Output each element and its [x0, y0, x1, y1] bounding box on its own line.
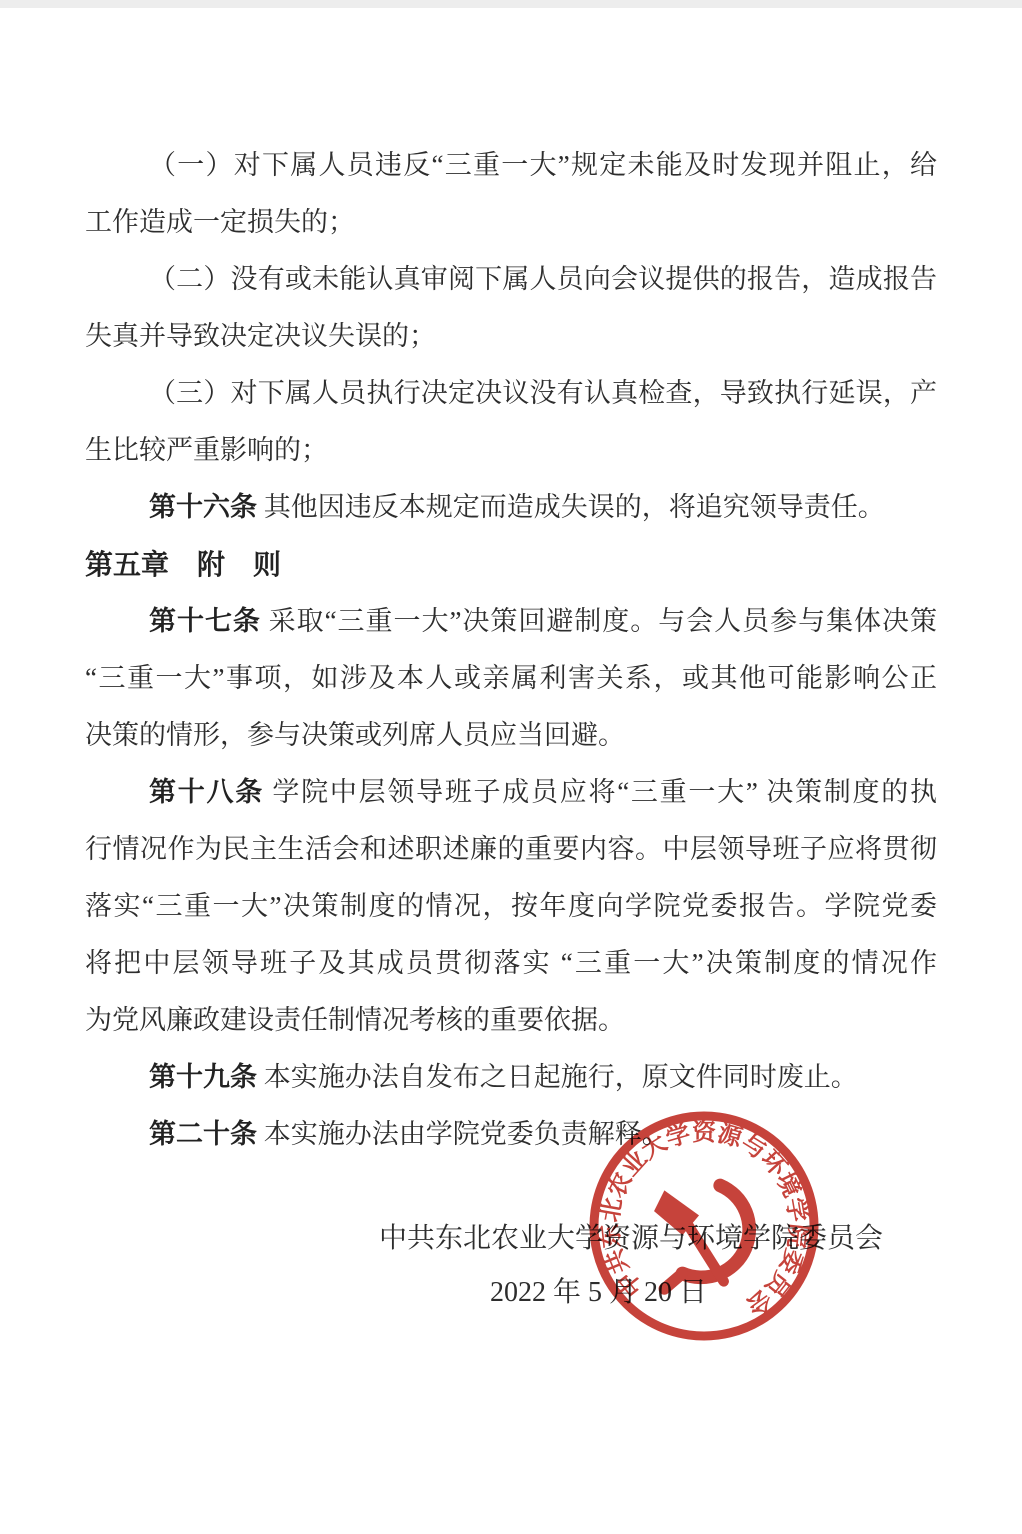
line-text: 落实“三重一大”决策制度的情况，按年度向学院党委报告。学院党委 — [85, 891, 937, 921]
line-text: 采取“三重一大”决策回避制度。与会人员参与集体决策 — [261, 606, 937, 636]
line-text: 行情况作为民主生活会和述职述廉的重要内容。中层领导班子应将贯彻 — [85, 834, 937, 864]
paragraph-line: 生比较严重影响的； — [85, 422, 937, 479]
line-text: 失真并导致决定决议失误的； — [85, 321, 436, 351]
line-text: （三）对下属人员执行决定决议没有认真检查，导致执行延误，产 — [149, 378, 937, 408]
paragraph-line: 行情况作为民主生活会和述职述廉的重要内容。中层领导班子应将贯彻 — [85, 821, 937, 878]
line-text: 学院中层领导班子成员应将“三重一大” 决策制度的执 — [264, 777, 937, 807]
line-text: 将把中层领导班子及其成员贯彻落实 “三重一大”决策制度的情况作 — [85, 948, 937, 978]
top-gray-bar — [0, 0, 1022, 8]
article-number: 第二十条 — [149, 1119, 257, 1149]
line-text: “三重一大”事项，如涉及本人或亲属利害关系，或其他可能影响公正 — [85, 663, 937, 693]
line-text: 本实施办法自发布之日起施行，原文件同时废止。 — [257, 1062, 858, 1092]
paragraph-line: 为党风廉政建设责任制情况考核的重要依据。 — [85, 992, 937, 1049]
line-text: 本实施办法由学院党委负责解释。 — [257, 1119, 669, 1149]
paragraph-line: 落实“三重一大”决策制度的情况，按年度向学院党委报告。学院党委 — [85, 878, 937, 935]
article-number: 第十九条 — [149, 1062, 257, 1092]
line-text: 工作造成一定损失的； — [85, 207, 355, 237]
paragraph-line: “三重一大”事项，如涉及本人或亲属利害关系，或其他可能影响公正 — [85, 650, 937, 707]
line-text: （一）对下属人员违反“三重一大”规定未能及时发现并阻止，给 — [149, 150, 937, 180]
article-line: 第十六条 其他因违反本规定而造成失误的，将追究领导责任。 — [85, 479, 937, 536]
paragraph-line: 失真并导致决定决议失误的； — [85, 308, 937, 365]
line-text: 决策的情形，参与决策或列席人员应当回避。 — [85, 720, 625, 750]
date-line: 2022 年 5 月 20 日 — [490, 1276, 707, 1310]
line-text: （二）没有或未能认真审阅下属人员向会议提供的报告，造成报告 — [149, 264, 937, 294]
paragraph-line: （二）没有或未能认真审阅下属人员向会议提供的报告，造成报告 — [85, 251, 937, 308]
line-text: 为党风廉政建设责任制情况考核的重要依据。 — [85, 1005, 625, 1035]
document-body: （一）对下属人员违反“三重一大”规定未能及时发现并阻止，给 工作造成一定损失的；… — [85, 137, 937, 1163]
chapter-title: 第五章 附 则 — [85, 549, 281, 580]
chapter-heading: 第五章 附 则 — [85, 536, 937, 593]
article-number: 第十八条 — [149, 777, 264, 807]
paragraph-line: 工作造成一定损失的； — [85, 194, 937, 251]
signature-line: 中共东北农业大学资源与环境学院委员会 — [379, 1222, 883, 1256]
paragraph-line: （三）对下属人员执行决定决议没有认真检查，导致执行延误，产 — [85, 365, 937, 422]
line-text: 其他因违反本规定而造成失误的，将追究领导责任。 — [257, 492, 885, 522]
article-line: 第十七条 采取“三重一大”决策回避制度。与会人员参与集体决策 — [85, 593, 937, 650]
article-number: 第十七条 — [149, 606, 261, 636]
article-line: 第二十条 本实施办法由学院党委负责解释。 — [85, 1106, 937, 1163]
paragraph-line: 决策的情形，参与决策或列席人员应当回避。 — [85, 707, 937, 764]
article-number: 第十六条 — [149, 492, 257, 522]
article-line: 第十八条 学院中层领导班子成员应将“三重一大” 决策制度的执 — [85, 764, 937, 821]
article-line: 第十九条 本实施办法自发布之日起施行，原文件同时废止。 — [85, 1049, 937, 1106]
paragraph-line: （一）对下属人员违反“三重一大”规定未能及时发现并阻止，给 — [85, 137, 937, 194]
document-page: （一）对下属人员违反“三重一大”规定未能及时发现并阻止，给 工作造成一定损失的；… — [0, 0, 1022, 1534]
line-text: 生比较严重影响的； — [85, 435, 328, 465]
paragraph-line: 将把中层领导班子及其成员贯彻落实 “三重一大”决策制度的情况作 — [85, 935, 937, 992]
